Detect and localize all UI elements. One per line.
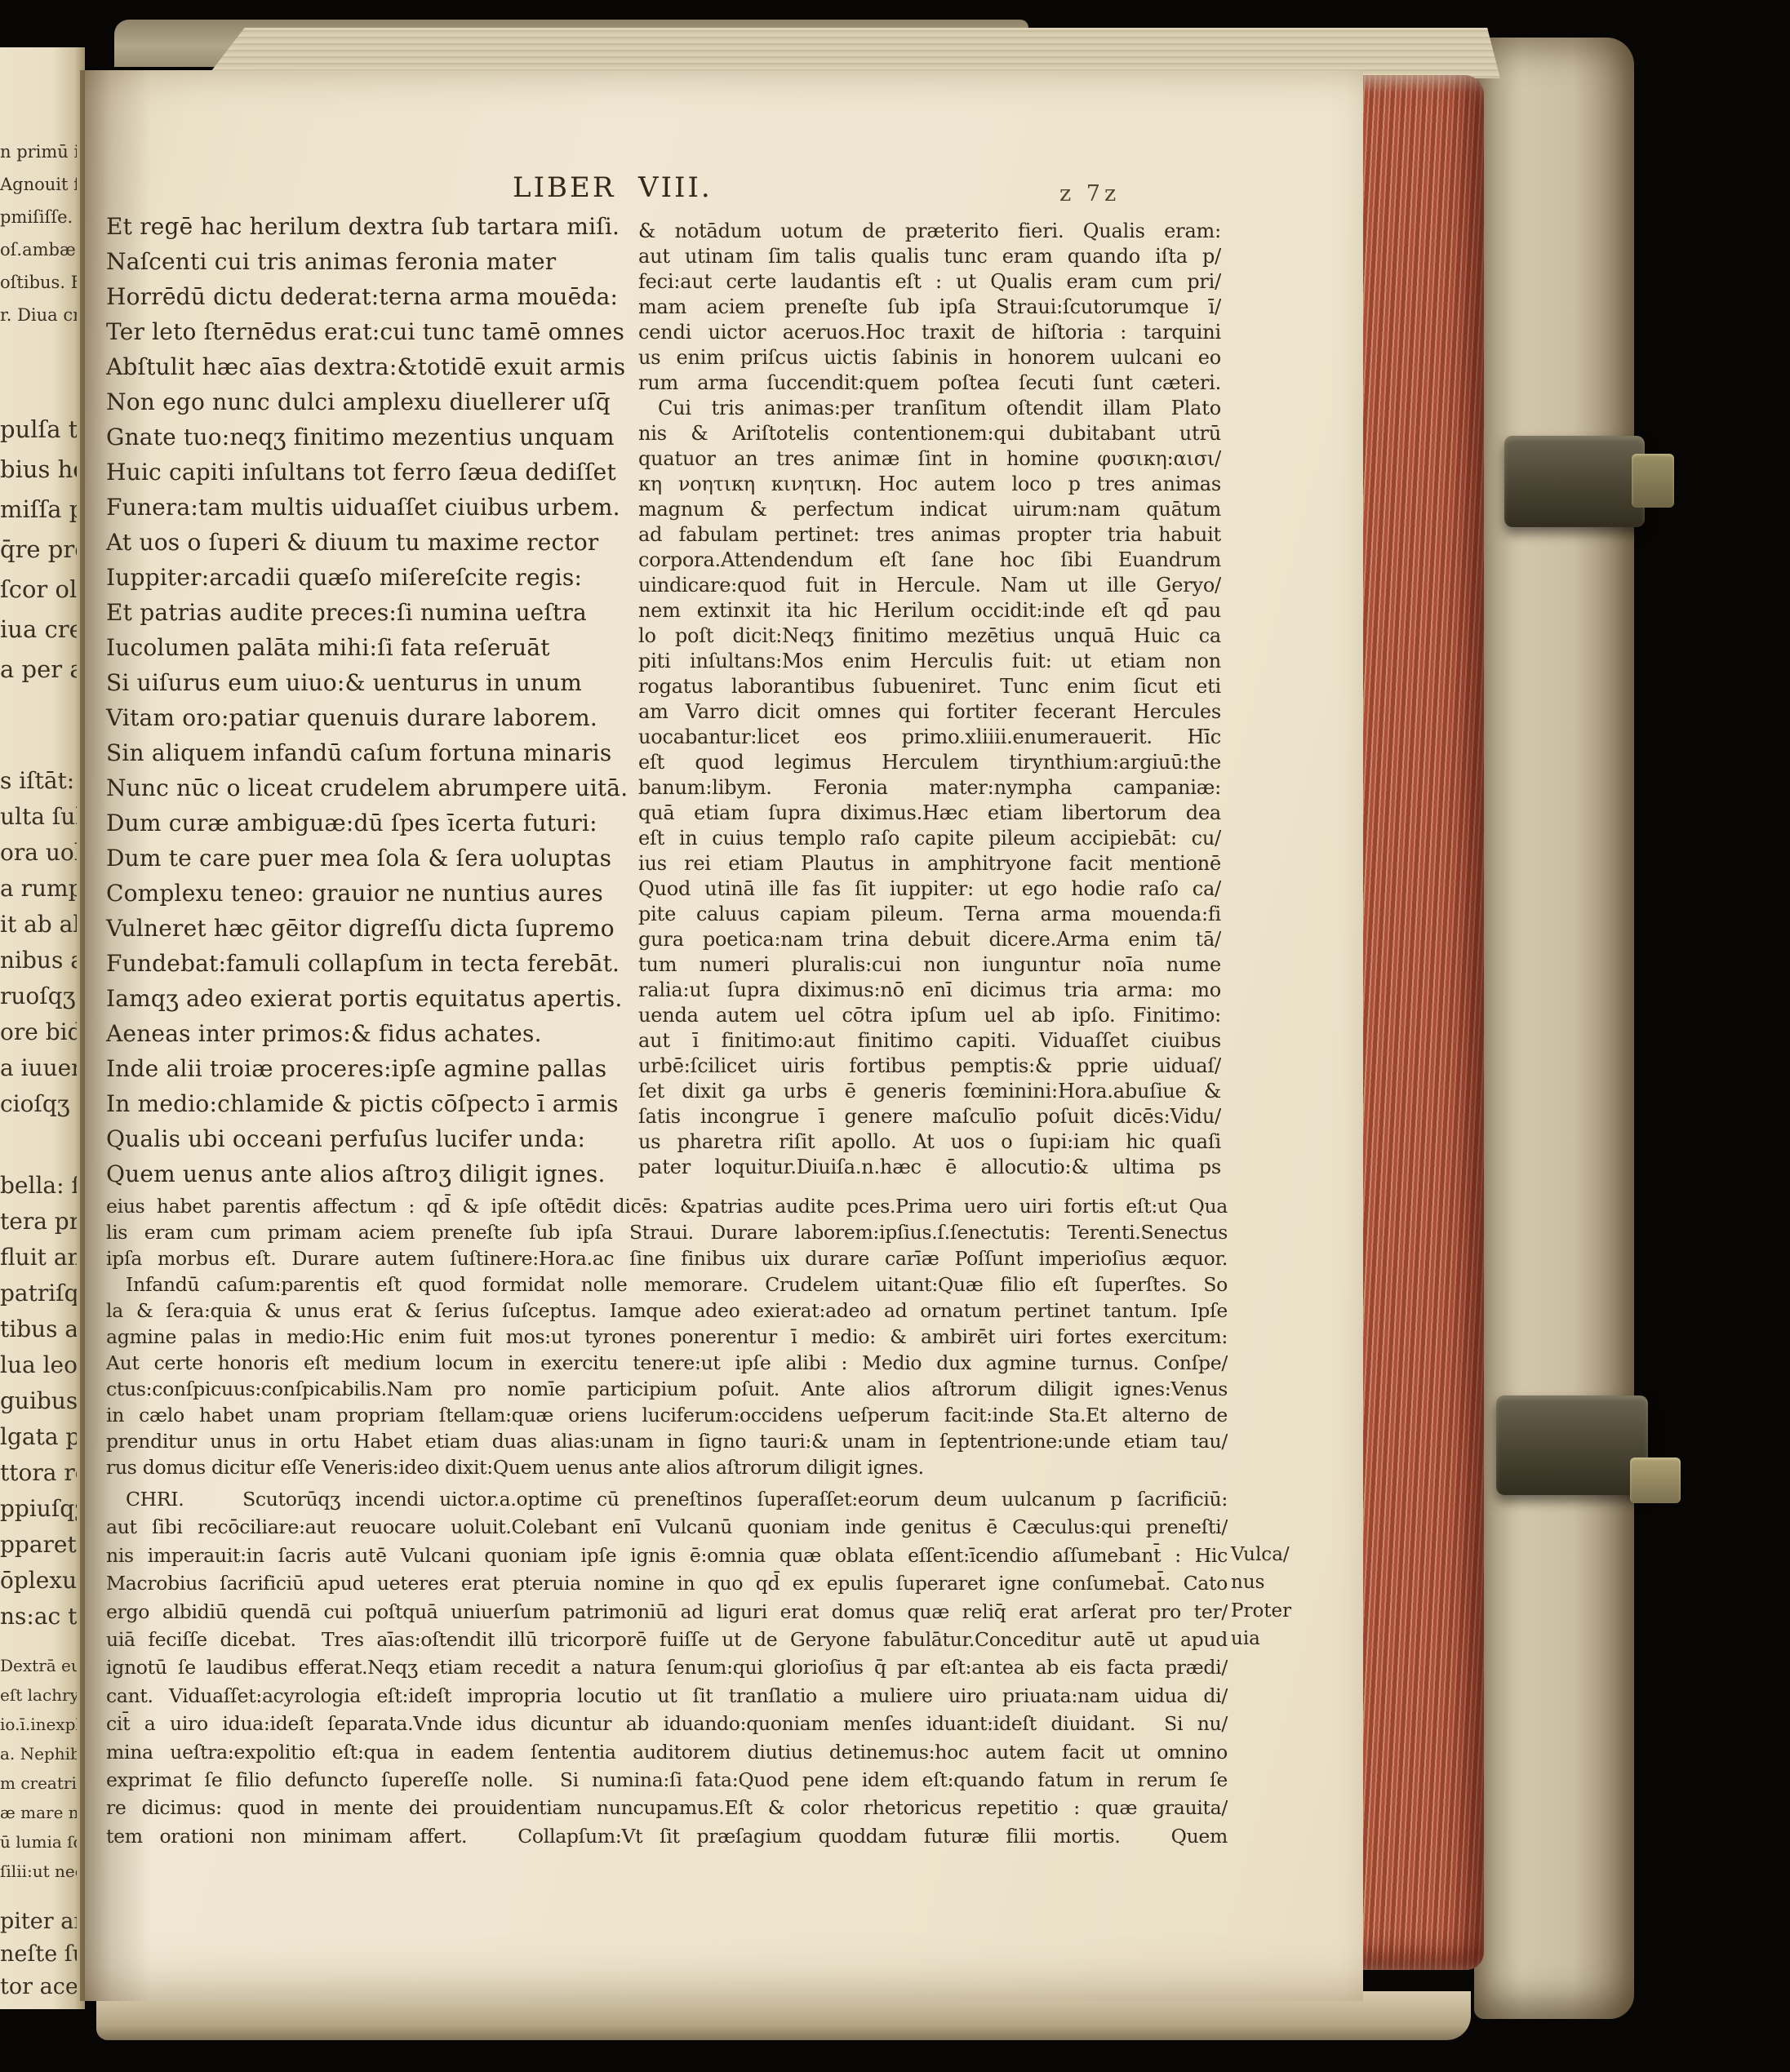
vellum-cover-right bbox=[1474, 38, 1634, 2019]
verse-line: Si uiſurus eum uiuo:& uenturus in unum bbox=[106, 665, 669, 700]
chri-line: ignotū ſe laudibus efferat.Neqʒ etiam re… bbox=[106, 1653, 1228, 1681]
commentary-line: lo poſt dicit:Neqʒ finitimo mezētius unq… bbox=[638, 623, 1221, 649]
clasp-top bbox=[1504, 436, 1645, 527]
commentary-line: ſet dixit ga urbs ē generis fœminini:Hor… bbox=[638, 1079, 1221, 1104]
fragment-line: ōplexus eunis bbox=[0, 1563, 77, 1599]
fragment-line: ſcor olympo. bbox=[0, 570, 77, 610]
commentary-line: am Varro dicit omnes qui fortiter fecera… bbox=[638, 699, 1221, 725]
chri-line: nis imperauit:in ſacris autē Vulcani quo… bbox=[106, 1542, 1228, 1569]
fragment-line: q̄re profecto bbox=[0, 530, 77, 570]
fragment-line: ulta ſub un bbox=[0, 799, 77, 835]
fragment-line: Dextrā euntis.ſ.ga bbox=[0, 1651, 77, 1680]
verse-line: Fundebat:famuli collapſum in tecta fereb… bbox=[106, 946, 669, 981]
commentary-line: gura poetica:nam trina debuit dicere.Arm… bbox=[638, 927, 1221, 952]
fragment-line: a. Nephibētis ē. bbox=[0, 1739, 77, 1768]
fragment-line: patriſqʒ. bbox=[0, 1276, 77, 1311]
clasp-brass-tip bbox=[1630, 1457, 1681, 1503]
verse-line: Naſcenti cui tris animas feronia mater bbox=[106, 244, 669, 279]
verse-line: Vitam oro:patiar quenuis durare laborem. bbox=[106, 700, 669, 735]
fragment-line: oſ.ambæ particula bbox=[0, 233, 77, 266]
verse-line: Non ego nunc dulci amplexu diuellerer uſ… bbox=[106, 384, 669, 419]
fragment-line: Agnouit ſonitū: bbox=[0, 168, 77, 201]
fragment-group: pulſa tonare.bius herosmiſſa parentis.q̄… bbox=[0, 410, 77, 690]
verse-line: Qualis ubi occeani perfuſus lucifer unda… bbox=[106, 1121, 669, 1156]
verse-line: Dum te care puer mea ſola & ſera uolupta… bbox=[106, 841, 669, 876]
commentary-line: Cui tris animas:per tranſitum oſtendit i… bbox=[638, 396, 1221, 421]
verse-line: Dum curæ ambiguæ:dū ſpes īcerta futuri: bbox=[106, 805, 669, 841]
commentary-line: κη νοητικη κινητικη. Hoc autem loco p tr… bbox=[638, 472, 1221, 497]
commentary-line: piti inſultans:Mos enim Herculis fuit: u… bbox=[638, 649, 1221, 674]
commentary-line: ad fabulam pertinet: tres animas propter… bbox=[638, 522, 1221, 548]
gloss-line: Aut certe honoris eſt medium locum in ex… bbox=[106, 1350, 1228, 1376]
verse-line: Horrēdū dictu dederat:terna arma mouēda: bbox=[106, 279, 669, 314]
gloss-line: la & ſera:quia & unus erat & ſerius ſuſc… bbox=[106, 1298, 1228, 1324]
chri-line: cit̄ a uiro idua:ideſt ſeparata.Vnde idu… bbox=[106, 1710, 1228, 1737]
fragment-line: m creatrix:Sic Lu bbox=[0, 1768, 77, 1798]
fragment-group: s iſtāt: (dasulta ſub unora uoluesa rump… bbox=[0, 763, 77, 1122]
verse-line: Complexu teneo: grauior ne nuntius aures bbox=[106, 876, 669, 911]
margin-gloss-line: uia bbox=[1231, 1625, 1337, 1653]
clasp-strap bbox=[1504, 436, 1645, 527]
verse-column: Et regē hac herilum dextra ſub tartara m… bbox=[106, 209, 669, 1191]
fragment-line: it ab alto. bbox=[0, 907, 77, 943]
fragment-group: n primū iueniſſe.Agnouit ſonitū:pmiſiſſe… bbox=[0, 135, 77, 331]
running-title: LIBER VIII. bbox=[513, 171, 713, 204]
verse-line: Vulneret hæc gēitor digreſſu dicta ſupre… bbox=[106, 911, 669, 946]
left-page-edge: n primū iueniſſe.Agnouit ſonitū:pmiſiſſe… bbox=[0, 47, 85, 2009]
commentary-line: us pharetra riſit apollo. At uos o ſupi:… bbox=[638, 1129, 1221, 1155]
commentary-line: pite caluus capiam pileum. Terna arma mo… bbox=[638, 902, 1221, 927]
commentary-line: mam aciem preneſte ſub ipſa Straui:ſcuto… bbox=[638, 295, 1221, 320]
fragment-line: lgata p urbē bbox=[0, 1419, 77, 1455]
verse-line: Iamqʒ adeo exierat portis equitatus aper… bbox=[106, 981, 669, 1016]
gloss-line: rus domus dicitur eſſe Veneris:ideo dixi… bbox=[106, 1454, 1228, 1480]
margin-gloss-line: Proter bbox=[1231, 1597, 1337, 1625]
left-page-fragments: n primū iueniſſe.Agnouit ſonitū:pmiſiſſe… bbox=[0, 47, 77, 2003]
gloss-line: lis eram cum primam aciem preneſte ſub i… bbox=[106, 1219, 1228, 1245]
folio-number: z 7z bbox=[1059, 181, 1120, 206]
fragment-line: ora uolues bbox=[0, 835, 77, 871]
margin-gloss-line: nus bbox=[1231, 1568, 1337, 1596]
fragment-line: æ mare nauigerū: bbox=[0, 1798, 77, 1827]
commentary-column: & notādum uotum de præterito fieri. Qual… bbox=[638, 219, 1221, 1180]
fragment-line: pulſa tonare. bbox=[0, 410, 77, 450]
commentary-line: nis & Ariſtotelis contentionem:qui dubit… bbox=[638, 421, 1221, 446]
gloss-line: Infandū caſum:parentis eſt quod formidat… bbox=[106, 1271, 1228, 1298]
fragment-line: neſte ſub ipſa bbox=[0, 1938, 77, 1971]
fragment-line: ſilii:ut neqʒ ſolus bbox=[0, 1857, 77, 1886]
fragment-group: Dextrā euntis.ſ.gaeſt lachrymans:aliiio.… bbox=[0, 1651, 77, 1886]
commentary-line: urbē:ſcilicet uiris fortibus pemptis:& p… bbox=[638, 1054, 1221, 1079]
fragment-line: pmiſiſſe. Hoſpes: bbox=[0, 201, 77, 233]
chri-line: aut ſibi recōciliare:aut reuocare uoluit… bbox=[106, 1513, 1228, 1541]
commentary-line: magnum & perfectum indicat uirum:nam quā… bbox=[638, 497, 1221, 522]
commentary-line: aut utinam ſim talis qualis tunc eram qu… bbox=[638, 244, 1221, 269]
verse-line: Aeneas inter primos:& fidus achates. bbox=[106, 1016, 669, 1051]
fragment-line: bella: ſequāt̄ bbox=[0, 1168, 77, 1204]
chri-commentary-block: CHRI. Scutorūqʒ incendi uictor.a.optime … bbox=[106, 1485, 1228, 1850]
right-page: LIBER VIII. z 7z Et regē hac herilum dex… bbox=[80, 70, 1363, 2001]
verse-line: At uos o ſuperi & diuum tu maxime rector bbox=[106, 525, 669, 560]
commentary-line: ſatis incongrue ī genere maſculīo poſuit… bbox=[638, 1104, 1221, 1129]
commentary-line: us enim priſcus uictis ſabinis in honore… bbox=[638, 345, 1221, 370]
commentary-line: uenda autem uel cōtra ipſum uel ab ipſo.… bbox=[638, 1003, 1221, 1028]
printed-text-area: LIBER VIII. z 7z Et regē hac herilum dex… bbox=[106, 162, 1228, 1957]
fragment-line: a rumpant. bbox=[0, 871, 77, 907]
fragment-line: ns:ac talia fatur bbox=[0, 1599, 77, 1635]
verse-line: Huic capiti inſultans tot ferro ſæua ded… bbox=[106, 455, 669, 490]
fragment-line: tor aceruos: bbox=[0, 1971, 77, 2003]
commentary-line: tum numeri pluralis:cui non iunguntur no… bbox=[638, 952, 1221, 978]
verse-line: Gnate tuo:neqʒ finitimo mezentius unquam bbox=[106, 419, 669, 455]
book-photo: LIBER VIII. z 7z Et regē hac herilum dex… bbox=[0, 0, 1790, 2072]
commentary-line: rum arma ſuccendit:quem poſtea ſecuti ſu… bbox=[638, 370, 1221, 396]
commentary-line: pater loquitur.Diuiſa.n.hæc ē allocutio:… bbox=[638, 1155, 1221, 1180]
verse-line: In medio:chlamide & pictis cōſpectɔ ī ar… bbox=[106, 1086, 669, 1121]
chri-line: uiā feciſſe dicebat. Tres aīas:oſtendit … bbox=[106, 1626, 1228, 1653]
margin-gloss: Vulca/nusProteruia bbox=[1231, 1541, 1337, 1653]
verse-line: Et patrias audite preces:ſi numina ueſtr… bbox=[106, 595, 669, 630]
commentary-line: uindicare:quod fuit in Hercule. Nam ut i… bbox=[638, 573, 1221, 598]
fragment-group: piter annos:neſte ſub ipſator aceruos: bbox=[0, 1906, 77, 2003]
commentary-line: eſt quod legimus Herculem tirynthium:arg… bbox=[638, 750, 1221, 775]
gloss-line: agmine palas in medio:Hic enim fuit mos:… bbox=[106, 1324, 1228, 1350]
fragment-line: oſtibus. Ego po bbox=[0, 266, 77, 299]
fragment-line: ttora regis bbox=[0, 1455, 77, 1491]
fragment-line: ore bidentes bbox=[0, 1014, 77, 1050]
clasp-brass-tip bbox=[1632, 454, 1674, 508]
commentary-line: quatuor an tres animæ ſint in homine φυσ… bbox=[638, 446, 1221, 472]
commentary-line: quā etiam ſupra diximus.Hæc etiam libert… bbox=[638, 801, 1221, 826]
gloss-line: in cælo habet unam propriam ſtellam:quæ … bbox=[106, 1402, 1228, 1428]
commentary-line: uocabantur:licet eos primo.xliiii.enumer… bbox=[638, 725, 1221, 750]
verse-line: Inde alii troiæ proceres:ipſe agmine pal… bbox=[106, 1051, 669, 1086]
fragment-line: n primū iueniſſe. bbox=[0, 135, 77, 168]
commentary-line: Quod utinā ille fas ſit iuppiter: ut ego… bbox=[638, 876, 1221, 902]
fragment-line: fluit amni bbox=[0, 1240, 77, 1276]
commentary-line: & notādum uotum de præterito fieri. Qual… bbox=[638, 219, 1221, 244]
gloss-line: ctus:conſpicuus:conſpicabilis.Nam pro no… bbox=[106, 1376, 1228, 1402]
chri-line: Macrobius ſacrificiū apud ueteres erat p… bbox=[106, 1569, 1228, 1597]
chri-line: CHRI. Scutorūqʒ incendi uictor.a.optime … bbox=[106, 1485, 1228, 1513]
clasp-bottom bbox=[1496, 1395, 1648, 1495]
gloss-line: ipſa morbus eſt. Durare autem ſuſtinere:… bbox=[106, 1245, 1228, 1271]
fragment-line: r. Diua creatrix bbox=[0, 299, 77, 331]
fragment-line: cioſqʒ reuiſit: bbox=[0, 1086, 77, 1122]
chri-line: mina ueſtra:expolitio eſt:qua in eadem ſ… bbox=[106, 1738, 1228, 1766]
fragment-line: io.ī.inexplebiliter. bbox=[0, 1710, 77, 1739]
fragment-line: tera prona bbox=[0, 1204, 77, 1240]
fragment-line: miſſa parentis. bbox=[0, 490, 77, 530]
verse-line: Nunc nūc o liceat crudelem abrumpere uit… bbox=[106, 770, 669, 805]
commentary-line: eſt in cuius templo raſo capite pileum a… bbox=[638, 826, 1221, 851]
fragment-line: pparet imago. bbox=[0, 1527, 77, 1563]
fragment-line: guibus aureis. bbox=[0, 1383, 77, 1419]
commentary-line: cendi uictor aceruos.Hoc traxit de hiſto… bbox=[638, 320, 1221, 345]
gloss-line: eius habet parentis affectum : qd̄ & ipſ… bbox=[106, 1193, 1228, 1219]
commentary-line: nem extinxit ita hic Herilum occidit:ind… bbox=[638, 598, 1221, 623]
chri-line: ergo albidiū quendā cui poſtquā uniuerſu… bbox=[106, 1598, 1228, 1626]
fragment-group: bella: ſequāt̄tera pronafluit amnipatriſ… bbox=[0, 1168, 77, 1635]
chri-line: cant. Viduaſſet:acyrologia eſt:ideſt imp… bbox=[106, 1682, 1228, 1710]
verse-line: Iuppiter:arcadii quæſo miſereſcite regis… bbox=[106, 560, 669, 595]
commentary-line: aut ī finitimo:aut finitimo capiti. Vidu… bbox=[638, 1028, 1221, 1054]
fragment-line: lua leonis bbox=[0, 1347, 77, 1383]
fragment-line: piter annos: bbox=[0, 1906, 77, 1938]
fragment-line: a iuuentus: bbox=[0, 1050, 77, 1086]
commentary-line: corpora.Attendendum eſt ſane hoc ſibi Eu… bbox=[638, 548, 1221, 573]
lower-gloss-block: eius habet parentis affectum : qd̄ & ipſ… bbox=[106, 1193, 1228, 1480]
verse-line: Ter leto ſternēdus erat:cui tunc tamē om… bbox=[106, 314, 669, 349]
verse-line: Quem uenus ante alios aſtroʒ diligit ign… bbox=[106, 1156, 669, 1191]
verse-line: Et regē hac herilum dextra ſub tartara m… bbox=[106, 209, 669, 244]
margin-gloss-line: Vulca/ bbox=[1231, 1541, 1337, 1568]
commentary-line: ius rei etiam Plautus in amphitryone fac… bbox=[638, 851, 1221, 876]
fragment-line: bius heros bbox=[0, 450, 77, 490]
verse-line: Iucolumen palāta mihi:ſi fata reſeruāt bbox=[106, 630, 669, 665]
commentary-line: banum:libym. Feronia mater:nympha campan… bbox=[638, 775, 1221, 801]
fragment-line: tibus arua. bbox=[0, 1311, 77, 1347]
chri-line: re dicimus: quod in mente dei prouidenti… bbox=[106, 1794, 1228, 1821]
fragment-line: a per auras bbox=[0, 650, 77, 690]
fragment-line: ppiuſqʒ periclo bbox=[0, 1491, 77, 1527]
commentary-line: rogatus laborantibus ſubueniret. Tunc en… bbox=[638, 674, 1221, 699]
verse-line: Abſtulit hæc aīas dextra:&totidē exuit a… bbox=[106, 349, 669, 384]
commentary-line: ralia:ut ſupra diximus:nō enī dicimus tr… bbox=[638, 978, 1221, 1003]
fragment-line: ū lumia ſolis. In bbox=[0, 1827, 77, 1857]
fragment-line: s iſtāt: (das bbox=[0, 763, 77, 799]
fragment-line: eſt lachrymans:alii bbox=[0, 1680, 77, 1710]
verse-line: Funera:tam multis uiduaſſet ciuibus urbe… bbox=[106, 490, 669, 525]
clasp-strap bbox=[1496, 1395, 1648, 1495]
fragment-line: ruoſqʒ perates bbox=[0, 978, 77, 1014]
gloss-line: prenditur unus in ortu Habet etiam duas … bbox=[106, 1428, 1228, 1454]
commentary-line: feci:aut certe laudantis eſt : ut Qualis… bbox=[638, 269, 1221, 295]
verse-line: Sin aliquem infandū caſum fortuna minari… bbox=[106, 735, 669, 770]
chri-line: tem orationi non minimam affert. Collapſ… bbox=[106, 1822, 1228, 1850]
fragment-line: nibus aras bbox=[0, 943, 77, 978]
chri-line: exprimat ſe filio defuncto ſupereſſe nol… bbox=[106, 1766, 1228, 1794]
fragment-line: iua creatrix bbox=[0, 610, 77, 650]
